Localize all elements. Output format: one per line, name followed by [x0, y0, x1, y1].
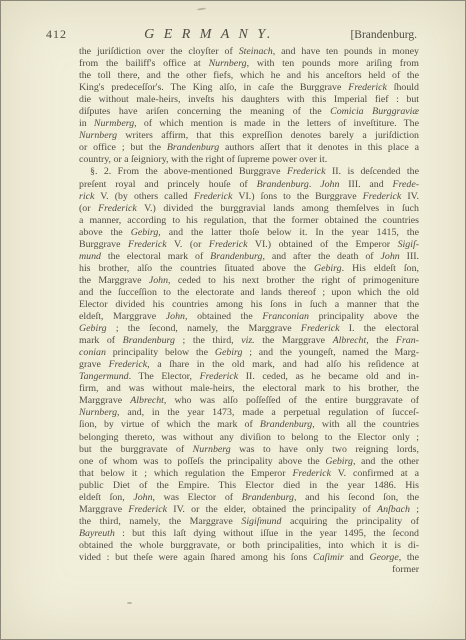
text-line: rick V. (by others called Frederick VI.)… [79, 191, 419, 203]
text-line: and the ſucceſſion to the electorate and… [79, 287, 419, 299]
roman-text: from the bailiff's office at [79, 58, 209, 69]
italic-text: Nurnberg [79, 130, 117, 141]
text-line: the Marggrave John, ceded to his next br… [79, 275, 419, 287]
italic-text: Brandenburg [257, 179, 309, 190]
roman-text: , a ſhare in the old mark, and had alſo … [147, 359, 419, 370]
text-line: one of whom was to poſſeſs the principal… [79, 456, 419, 468]
roman-text: ſion, by virtue of which the mark of [79, 419, 260, 430]
italic-text: Sigiſ- [398, 239, 419, 250]
roman-text: but the burggravate of [79, 444, 193, 455]
italic-text: Gebirg [131, 227, 159, 238]
roman-text: die without male-heirs, inveſts his daug… [79, 94, 419, 105]
italic-text: mund [79, 251, 101, 262]
roman-text: IV. [401, 191, 419, 202]
italic-text: Frederick [209, 239, 248, 250]
roman-text: , and his ſecond ſon, the [294, 492, 419, 503]
italic-text: Brandenburg [210, 251, 262, 262]
roman-text: writers affirm, that this expreſſion den… [117, 130, 419, 141]
text-line: eldeſt ſon, John, was Elector of Branden… [79, 492, 419, 504]
italic-text: Gebirg [215, 347, 243, 358]
text-line: ſion, by virtue of which the mark of Bra… [79, 419, 419, 431]
scan-speck [127, 602, 132, 604]
text-line: but the burggravate of Nurnberg was to h… [79, 444, 419, 456]
roman-text: authors aſſert that it denotes in this p… [219, 142, 419, 153]
roman-text: acquiring the principality of [281, 516, 419, 527]
italic-text: Frederick [348, 82, 387, 93]
roman-text: , and the latter thoſe below it. In the … [158, 227, 419, 238]
roman-text: the toll there, and the other fiefs, whi… [79, 70, 419, 81]
italic-text: Nurmberg [94, 118, 134, 129]
paragraph: §. 2. From the above-mentioned Burggrave… [79, 166, 419, 564]
roman-text: VI.) ſons to the Burggrave [232, 191, 362, 202]
roman-text: vided : but theſe were again ſhared amon… [79, 552, 313, 563]
roman-text: V. (by others called [94, 191, 193, 202]
text-line: Marggrave Frederick IV. or the elder, ob… [79, 504, 419, 516]
roman-text: §. 2. From the above-mentioned Burggrave [90, 166, 287, 177]
roman-text: King's predeceſſor's. The King alſo, in … [79, 82, 348, 93]
roman-text: principality below the [106, 347, 215, 358]
roman-text: . [309, 179, 320, 190]
roman-text: preſent royal and princely houſe of [79, 179, 257, 190]
roman-text: , and the other [353, 456, 419, 467]
roman-text: V.) divided the burggravial lands among … [137, 203, 419, 214]
roman-text: above the [79, 227, 131, 238]
roman-text: , the [399, 552, 419, 563]
roman-text: in [79, 118, 94, 129]
italic-text: Fran- [396, 335, 419, 346]
catchword: former [79, 564, 419, 575]
roman-text: , the [366, 335, 396, 346]
roman-text: Elector divided his countries among his … [79, 299, 419, 310]
italic-text: Brandenburg [260, 419, 312, 430]
text-line: Burggrave Frederick V. (or Frederick VI.… [79, 239, 419, 251]
text-line: the toll there, and the other fiefs, whi… [79, 70, 419, 82]
roman-text: obtained the whole burggravate, or both … [79, 540, 419, 551]
text-line: diſputes have ariſen concerning the mean… [79, 106, 419, 118]
text-line: §. 2. From the above-mentioned Burggrave… [79, 166, 419, 178]
text-line: Nurnberg writers affirm, that this expre… [79, 130, 419, 142]
roman-text: Marggrave [79, 395, 130, 406]
text-line: Gebirg ; the ſecond, namely, the Marggra… [79, 323, 419, 335]
roman-text: the Marggrave [255, 335, 333, 346]
italic-text: Gebirg [325, 456, 353, 467]
roman-text: , and have ten pounds in money [273, 46, 419, 57]
roman-text: public Diet of the Empire. This Elector … [79, 480, 419, 491]
text-line: mark of Brandenburg ; the third, viz. th… [79, 335, 419, 347]
roman-text: Marggrave [79, 504, 128, 515]
italic-text: Brandenburg [167, 142, 219, 153]
text-line: die without male-heirs, inveſts his daug… [79, 94, 419, 106]
roman-text: (or [79, 203, 98, 214]
roman-text: II. is deſcended the [326, 166, 419, 177]
roman-text: ; [410, 504, 419, 515]
italic-text: John [320, 179, 339, 190]
italic-text: George [369, 552, 398, 563]
italic-text: Nurnberg [79, 407, 117, 418]
italic-text: Tangermund [79, 371, 129, 382]
italic-text: Frederick [128, 239, 167, 250]
roman-text: country, or a ſeigniory, with the right … [79, 154, 327, 165]
roman-text: one of whom was to poſſeſs the principal… [79, 456, 325, 467]
italic-text: Frederick [363, 191, 402, 202]
italic-text: Brandenburg [242, 492, 294, 503]
italic-text: Sigiſmund [241, 516, 281, 527]
roman-text: . His eldeſt ſon, [342, 263, 419, 274]
text-line: above the Gebirg, and the latter thoſe b… [79, 227, 419, 239]
roman-text: eldeſt, Marggrave [79, 311, 166, 322]
roman-text: , ceded to his next brother the right of… [168, 275, 419, 286]
roman-text: V. confirmed at a [331, 468, 419, 479]
text-line: preſent royal and princely houſe of Bran… [79, 179, 419, 191]
text-line: obtained the whole burggravate, or both … [79, 540, 419, 552]
text-line: Elector divided his countries among his … [79, 299, 419, 311]
roman-text: was to have only two reigning lords, [231, 444, 419, 455]
italic-text: Frederick [301, 323, 340, 334]
italic-text: John [133, 492, 152, 503]
roman-text: VI.) obtained of the Emperor [248, 239, 398, 250]
text-line: in Nurmberg, of which mention is made in… [79, 118, 419, 130]
roman-text: , and, in the year 1473, made a perpetua… [117, 407, 419, 418]
italic-text: viz. [241, 335, 254, 346]
italic-text: Caſimir [313, 552, 344, 563]
book-page-scan: 412 G E R M A N Y. [Brandenburg. the jur… [0, 0, 466, 640]
roman-text: ; and the youngeſt, named the Marg- [242, 347, 419, 358]
italic-text: Frederick [200, 371, 239, 382]
roman-text: or office ; but the [79, 142, 167, 153]
italic-text: Bayreuth [79, 528, 115, 539]
roman-text: : but this laſt dying without iſſue in t… [115, 528, 419, 539]
italic-text: John [149, 275, 168, 286]
roman-text: and [344, 552, 370, 563]
text-block: the juriſdiction over the cloyſter of St… [79, 46, 419, 564]
italic-text: Franconian [262, 311, 309, 322]
roman-text: the third, namely, the Marggrave [79, 516, 241, 527]
roman-text: Burggrave [79, 239, 128, 250]
roman-text: II. ceded, as he became old and in- [238, 371, 419, 382]
italic-text: Frederick [194, 191, 233, 202]
italic-text: Frede- [393, 179, 419, 190]
italic-text: Nurnberg [193, 444, 231, 455]
text-line: Tangermund. The Elector, Frederick II. c… [79, 371, 419, 383]
roman-text: ; the ſecond, namely, the Marggrave [107, 323, 301, 334]
roman-text: the Marggrave [79, 275, 149, 286]
text-line: King's predeceſſor's. The King alſo, in … [79, 82, 419, 94]
italic-text: John [381, 251, 400, 262]
roman-text: ; the third, [175, 335, 241, 346]
text-line: Nurnberg, and, in the year 1473, made a … [79, 407, 419, 419]
roman-text: III. [400, 251, 419, 262]
roman-text: a manner, according to his regulation, t… [79, 215, 419, 226]
text-line: grave Frederick, a ſhare in the old mark… [79, 359, 419, 371]
italic-text: Frederick [287, 166, 326, 177]
italic-text: Gebirg [314, 263, 342, 274]
text-line: a manner, according to his regulation, t… [79, 215, 419, 227]
text-line: mund the electoral mark of Brandenburg, … [79, 251, 419, 263]
roman-text: . The Elector, [129, 371, 200, 382]
text-line: Bayreuth : but this laſt dying without i… [79, 528, 419, 540]
roman-text: diſputes have ariſen concerning the mean… [79, 106, 330, 117]
text-line: (or Frederick V.) divided the burggravia… [79, 203, 419, 215]
text-line: the third, namely, the Marggrave Sigiſmu… [79, 516, 419, 528]
italic-text: John [166, 311, 185, 322]
text-line: from the bailiff's office at Nurnberg, w… [79, 58, 419, 70]
italic-text: Albrecht [333, 335, 367, 346]
roman-text: the juriſdiction over the cloyſter of [79, 46, 239, 57]
italic-text: Steinach [239, 46, 273, 57]
roman-text: and the ſucceſſion to the electorate and… [79, 287, 419, 298]
italic-text: Frederick [109, 359, 148, 370]
roman-text: V. (or [167, 239, 209, 250]
roman-text: , with all the countries [312, 419, 419, 430]
page-header: 412 G E R M A N Y. [Brandenburg. [46, 27, 417, 45]
text-line: Marggrave Albrecht, who was alſo poſſeſſ… [79, 395, 419, 407]
roman-text: IV. or the elder, obtained the principal… [167, 504, 377, 515]
text-line: his brother, alſo the countries ſituated… [79, 263, 419, 275]
running-title: G E R M A N Y. [67, 27, 350, 43]
italic-text: Gebirg [79, 323, 107, 334]
text-line: vided : but theſe were again ſhared amon… [79, 552, 419, 564]
roman-text: principality above the [309, 311, 419, 322]
italic-text: conian [79, 347, 106, 358]
italic-text: Nurnberg [209, 58, 247, 69]
text-line: public Diet of the Empire. This Elector … [79, 480, 419, 492]
text-line: conian principality below the Gebirg ; a… [79, 347, 419, 359]
scan-speck [197, 7, 206, 10]
italic-text: Albrecht [130, 395, 164, 406]
roman-text: eldeſt ſon, [79, 492, 133, 503]
text-line: belonging thereto, was without any diviſ… [79, 432, 419, 444]
roman-text: that below it ; which regulation the Emp… [79, 468, 292, 479]
roman-text: ſhould [387, 82, 419, 93]
roman-text: his brother, alſo the countries ſituated… [79, 263, 314, 274]
italic-text: Comicia Burggraviæ [330, 106, 419, 117]
roman-text: , who was alſo poſſeſſed of the entire b… [164, 395, 419, 406]
text-line: the juriſdiction over the cloyſter of St… [79, 46, 419, 58]
roman-text: belonging thereto, was without any diviſ… [79, 432, 419, 443]
text-line: that below it ; which regulation the Emp… [79, 468, 419, 480]
text-line: country, or a ſeigniory, with the right … [79, 154, 419, 166]
roman-text: , with ten pounds more ariſing from [247, 58, 419, 69]
italic-text: Frederick [128, 504, 167, 515]
italic-text: rick [79, 191, 94, 202]
paragraph: the juriſdiction over the cloyſter of St… [79, 46, 419, 166]
roman-text: grave [79, 359, 109, 370]
italic-text: Anſbach [377, 504, 410, 515]
roman-text: mark of [79, 335, 123, 346]
italic-text: Brandenburg [123, 335, 175, 346]
roman-text: the electoral mark of [101, 251, 210, 262]
text-line: or office ; but the Brandenburg authors … [79, 142, 419, 154]
page-number: 412 [46, 27, 67, 42]
italic-text: Frederick [292, 468, 331, 479]
roman-text: , of which mention is made in the letter… [134, 118, 419, 129]
roman-text: , obtained the [185, 311, 262, 322]
roman-text: , was Elector of [153, 492, 242, 503]
italic-text: Frederick [98, 203, 137, 214]
header-section-label: [Brandenburg. [350, 29, 417, 41]
roman-text: firm, and was without male-heirs, the el… [79, 383, 419, 394]
text-line: firm, and was without male-heirs, the el… [79, 383, 419, 395]
roman-text: III. and [339, 179, 392, 190]
roman-text: I. the electoral [340, 323, 420, 334]
roman-text: , and after the death of [262, 251, 380, 262]
text-line: eldeſt, Marggrave John, obtained the Fra… [79, 311, 419, 323]
